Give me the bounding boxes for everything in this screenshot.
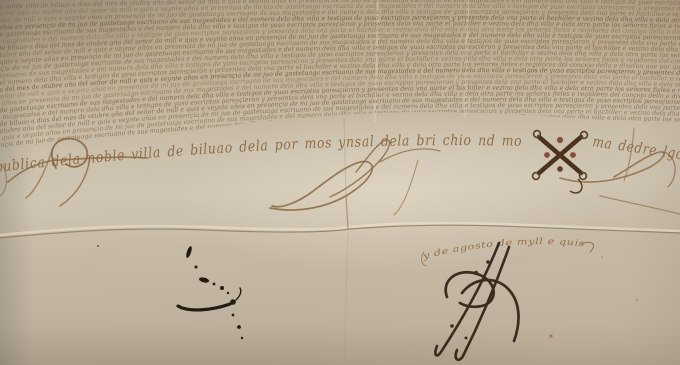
svg-text:ma dedre lgo: ma dedre lgo — [591, 134, 680, 163]
ink-blots — [97, 245, 243, 339]
manuscript-photo: enla noble villa de biluao a dias del me… — [0, 0, 680, 365]
scribal-line-right: ma dedre lgo — [591, 134, 680, 163]
fold-crease-horizontal — [0, 223, 680, 238]
annotation-text: y de agosto de myll e quis — [421, 237, 586, 262]
manuscript-markings: enla noble villa de biluao a dias del me… — [0, 0, 680, 365]
svg-text:y de agosto de myll e quis: y de agosto de myll e quis — [421, 237, 586, 262]
signature-rubric — [435, 243, 518, 360]
fold-crease-vertical — [344, 118, 348, 365]
paper-specks — [549, 256, 638, 338]
dense-text-block: enla noble villa de biluao a dias del me… — [0, 0, 680, 150]
notarial-cross-mark — [533, 131, 588, 193]
